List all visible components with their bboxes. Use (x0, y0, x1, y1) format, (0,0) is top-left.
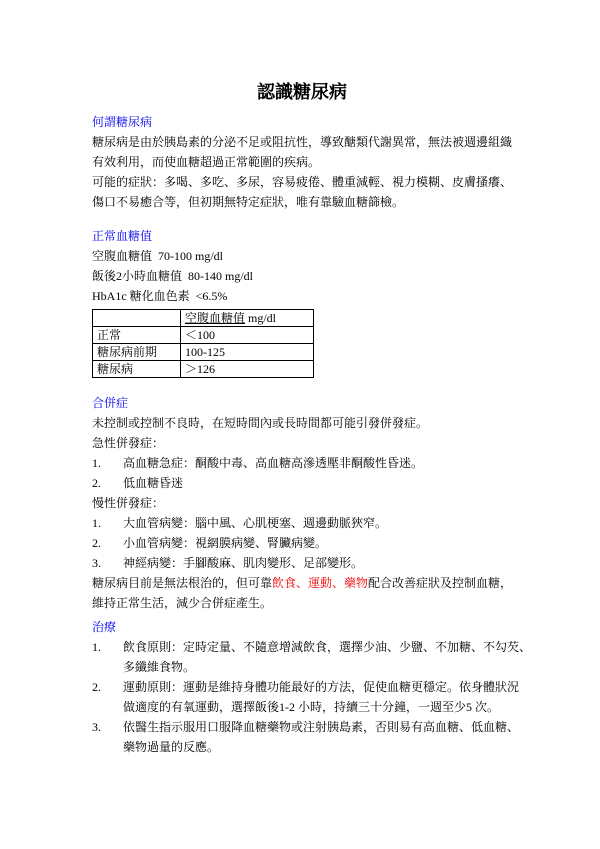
table-row-normal: 正常 ＜100 (93, 327, 314, 344)
table-header-term: 空腹血糖值 (185, 311, 245, 325)
item-text: 小血管病變：視網膜病變、腎臟病變。 (123, 533, 327, 553)
cure-paragraph-line-2: 維持正常生活，減少合併症產生。 (92, 593, 552, 613)
item-text-line-1: 飲食原則：定時定量、不隨意增減飲食，選擇少油、少鹽、不加糖、不勾芡、 (123, 637, 531, 657)
table-header-unit: mg/dl (245, 311, 276, 325)
row-value-cell: ＞126 (181, 361, 314, 378)
section-heading-treatment: 治療 (92, 617, 552, 637)
normal-glucose-line-hba1c: HbA1c 糖化血色素 <6.5% (92, 286, 552, 306)
item-number: 2. (92, 677, 123, 697)
fasting-glucose-table: 空腹血糖值 mg/dl 正常 ＜100 糖尿病前期 100-125 糖尿病 ＞1… (92, 309, 314, 378)
item-text-line-1: 依醫生指示服用口服降血糖藥物或注射胰島素，否則易有高血糖、低血糖、 (123, 717, 519, 737)
what-paragraph-line-1: 糖尿病是由於胰島素的分泌不足或阻抗性，導致醣類代謝異常，無法被週邊組織 (92, 132, 552, 152)
item-text: 神經病變：手腳酸麻、肌肉變形、足部變形。 (123, 553, 363, 573)
normal-glucose-line-postmeal: 飯後2小時血糖值 80-140 mg/dl (92, 266, 552, 286)
item-text-line-1: 運動原則：運動是維持身體功能最好的方法，促使血糖更穩定。依身體狀況 (123, 677, 519, 697)
cure-text-pre: 糖尿病目前是無法根治的，但可靠 (92, 576, 272, 590)
treatment-item-2-continuation: 做適度的有氧運動，選擇飯後1-2 小時，持續三十分鐘，一週至少5 次。 (92, 697, 552, 717)
item-text: 高血糖急症：酮酸中毒、高血糖高滲透壓非酮酸性昏迷。 (123, 453, 423, 473)
table-header-row: 空腹血糖值 mg/dl (93, 310, 314, 327)
item-number: 3. (92, 717, 123, 737)
section-heading-normal-glucose: 正常血糖值 (92, 226, 552, 246)
table-header-empty-cell (93, 310, 181, 327)
complications-intro: 未控制或控制不良時，在短時間內或長時間都可能引發併發症。 (92, 413, 552, 433)
treatment-item-1-continuation: 多纖維食物。 (92, 657, 552, 677)
acute-item-2: 2. 低血糖昏迷 (92, 473, 552, 493)
chronic-item-3: 3. 神經病變：手腳酸麻、肌肉變形、足部變形。 (92, 553, 552, 573)
acute-item-1: 1. 高血糖急症：酮酸中毒、高血糖高滲透壓非酮酸性昏迷。 (92, 453, 552, 473)
table-header-value-cell: 空腹血糖值 mg/dl (181, 310, 314, 327)
item-number: 2. (92, 473, 123, 493)
chronic-complications-label: 慢性併發症： (92, 493, 552, 513)
item-text: 低血糖昏迷 (123, 473, 183, 493)
table-row-diabetes: 糖尿病 ＞126 (93, 361, 314, 378)
item-number: 1. (92, 453, 123, 473)
section-heading-what-is-diabetes: 何謂糖尿病 (92, 112, 552, 132)
document-title: 認識糖尿病 (92, 82, 512, 102)
row-value-cell: ＜100 (181, 327, 314, 344)
item-text: 大血管病變：腦中風、心肌梗塞、週邊動脈狹窄。 (123, 513, 387, 533)
row-label-cell: 糖尿病前期 (93, 344, 181, 361)
normal-glucose-line-fasting: 空腹血糖值 70-100 mg/dl (92, 246, 552, 266)
row-value-cell: 100-125 (181, 344, 314, 361)
row-label-cell: 糖尿病 (93, 361, 181, 378)
cure-text-post: 配合改善症狀及控制血糖， (368, 576, 512, 590)
document-content: 認識糖尿病 何謂糖尿病 糖尿病是由於胰島素的分泌不足或阻抗性，導致醣類代謝異常，… (92, 82, 552, 757)
treatment-item-3: 3. 依醫生指示服用口服降血糖藥物或注射胰島素，否則易有高血糖、低血糖、 (92, 717, 552, 737)
table-row-prediabetes: 糖尿病前期 100-125 (93, 344, 314, 361)
what-paragraph-line-2: 有效利用，而使血糖超過正常範圍的疾病。 (92, 152, 552, 172)
section-heading-complications: 合併症 (92, 393, 552, 413)
item-number: 2. (92, 533, 123, 553)
cure-text-red-highlight: 飲食、運動、藥物 (272, 576, 368, 590)
what-paragraph-line-3: 可能的症狀：多喝、多吃、多尿，容易疲倦、體重減輕、視力模糊、皮膚搔癢、 (92, 172, 552, 192)
treatment-item-3-continuation: 藥物過量的反應。 (92, 737, 552, 757)
chronic-item-2: 2. 小血管病變：視網膜病變、腎臟病變。 (92, 533, 552, 553)
document-page: 認識糖尿病 何謂糖尿病 糖尿病是由於胰島素的分泌不足或阻抗性，導致醣類代謝異常，… (0, 0, 600, 849)
chronic-item-1: 1. 大血管病變：腦中風、心肌梗塞、週邊動脈狹窄。 (92, 513, 552, 533)
cure-paragraph-line-1: 糖尿病目前是無法根治的，但可靠飲食、運動、藥物配合改善症狀及控制血糖， (92, 573, 552, 593)
treatment-item-1: 1. 飲食原則：定時定量、不隨意增減飲食，選擇少油、少鹽、不加糖、不勾芡、 (92, 637, 552, 657)
item-number: 1. (92, 513, 123, 533)
treatment-item-2: 2. 運動原則：運動是維持身體功能最好的方法，促使血糖更穩定。依身體狀況 (92, 677, 552, 697)
row-label-cell: 正常 (93, 327, 181, 344)
what-paragraph-line-4: 傷口不易癒合等，但初期無特定症狀，唯有靠驗血糖篩檢。 (92, 192, 552, 212)
item-number: 1. (92, 637, 123, 657)
item-number: 3. (92, 553, 123, 573)
acute-complications-label: 急性併發症： (92, 433, 552, 453)
